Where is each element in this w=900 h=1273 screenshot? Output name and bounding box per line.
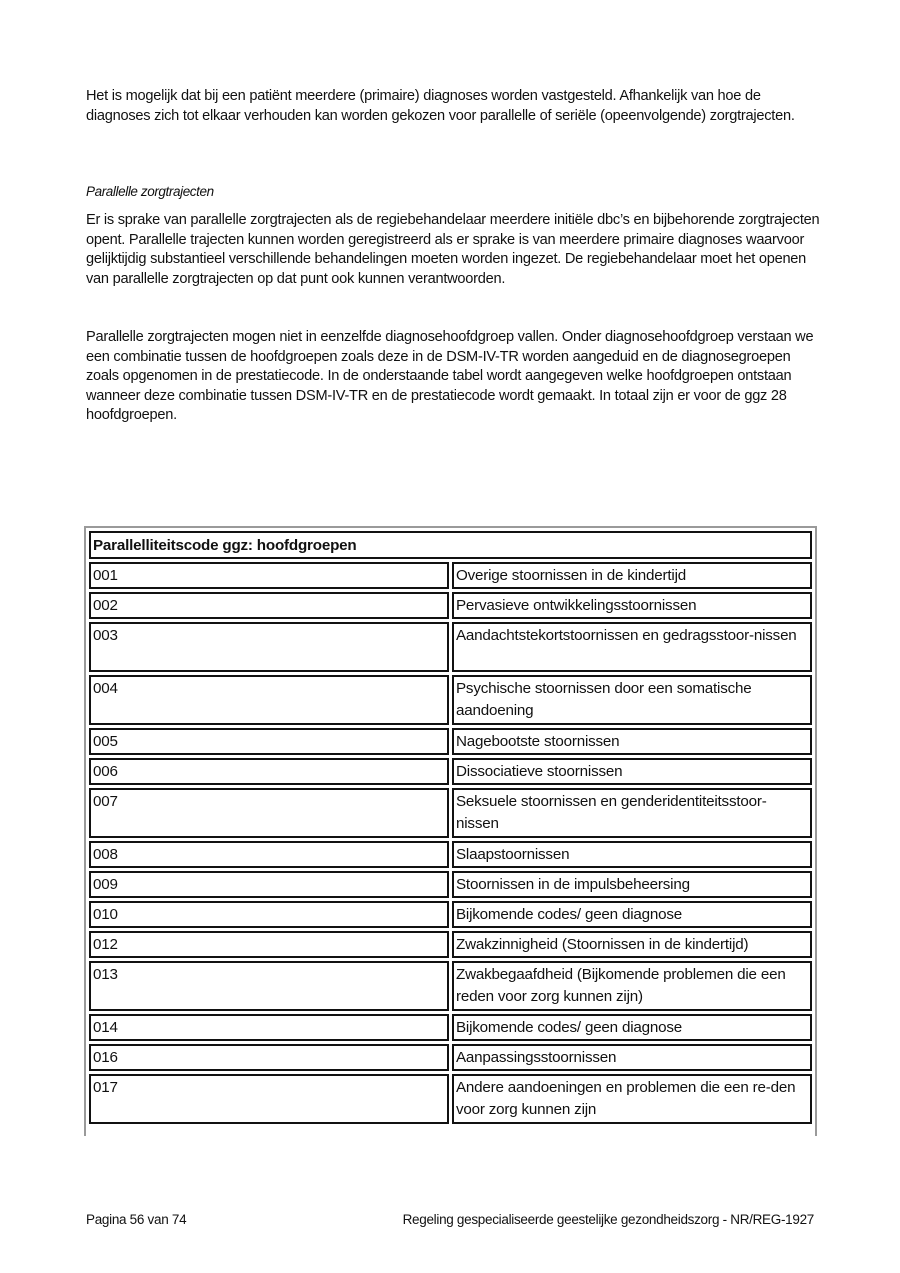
row-description: Slaapstoornissen (452, 841, 812, 868)
row-description: Zwakzinnigheid (Stoornissen in de kinder… (452, 931, 812, 958)
row-code: 013 (89, 961, 449, 1011)
row-description: Aanpassingsstoornissen (452, 1044, 812, 1071)
table-row: 001 Overige stoornissen in de kindertijd (89, 562, 812, 589)
page-number: Pagina 56 van 74 (86, 1212, 186, 1227)
row-code: 005 (89, 728, 449, 755)
row-description: Pervasieve ontwikkelingsstoornissen (452, 592, 812, 619)
row-description: Seksuele stoornissen en genderidentiteit… (452, 788, 812, 838)
table-row: 017 Andere aandoeningen en problemen die… (89, 1074, 812, 1124)
row-code: 017 (89, 1074, 449, 1124)
row-code: 003 (89, 622, 449, 672)
row-description: Psychische stoornissen door een somatisc… (452, 675, 812, 725)
table-row: 012 Zwakzinnigheid (Stoornissen in de ki… (89, 931, 812, 958)
row-code: 008 (89, 841, 449, 868)
intro-paragraph: Het is mogelijk dat bij een patiënt meer… (86, 87, 826, 126)
row-code: 009 (89, 871, 449, 898)
hoofdgroepen-table: Parallelliteitscode ggz: hoofdgroepen 00… (86, 528, 815, 1127)
row-description: Nagebootste stoornissen (452, 728, 812, 755)
table-row: 005 Nagebootste stoornissen (89, 728, 812, 755)
table-title: Parallelliteitscode ggz: hoofdgroepen (89, 531, 812, 559)
row-description: Andere aandoeningen en problemen die een… (452, 1074, 812, 1124)
table-row: 009 Stoornissen in de impulsbeheersing (89, 871, 812, 898)
row-code: 016 (89, 1044, 449, 1071)
hoofdgroepen-table-frame: Parallelliteitscode ggz: hoofdgroepen 00… (84, 526, 817, 1136)
row-description: Zwakbegaafdheid (Bijkomende problemen di… (452, 961, 812, 1011)
document-title: Regeling gespecialiseerde geestelijke ge… (403, 1212, 814, 1227)
table-row: 013 Zwakbegaafdheid (Bijkomende probleme… (89, 961, 812, 1011)
table-row: 016 Aanpassingsstoornissen (89, 1044, 812, 1071)
row-code: 004 (89, 675, 449, 725)
table-row: 006 Dissociatieve stoornissen (89, 758, 812, 785)
row-code: 012 (89, 931, 449, 958)
row-description: Overige stoornissen in de kindertijd (452, 562, 812, 589)
row-code: 006 (89, 758, 449, 785)
section-heading: Parallelle zorgtrajecten (86, 184, 214, 199)
table-row: 004 Psychische stoornissen door een soma… (89, 675, 812, 725)
row-description: Bijkomende codes/ geen diagnose (452, 901, 812, 928)
table-row: 002 Pervasieve ontwikkelingsstoornissen (89, 592, 812, 619)
row-code: 001 (89, 562, 449, 589)
row-description: Dissociatieve stoornissen (452, 758, 812, 785)
row-code: 007 (89, 788, 449, 838)
table-row: 003 Aandachtstekortstoornissen en gedrag… (89, 622, 812, 672)
section-paragraph-2: Parallelle zorgtrajecten mogen niet in e… (86, 328, 826, 426)
row-description: Aandachtstekortstoornissen en gedragssto… (452, 622, 812, 672)
row-code: 010 (89, 901, 449, 928)
table-row: 010 Bijkomende codes/ geen diagnose (89, 901, 812, 928)
table-row: 014 Bijkomende codes/ geen diagnose (89, 1014, 812, 1041)
section-paragraph-1: Er is sprake van parallelle zorgtrajecte… (86, 211, 826, 289)
table-row: 008 Slaapstoornissen (89, 841, 812, 868)
row-description: Stoornissen in de impulsbeheersing (452, 871, 812, 898)
row-code: 014 (89, 1014, 449, 1041)
row-code: 002 (89, 592, 449, 619)
table-row: 007 Seksuele stoornissen en genderidenti… (89, 788, 812, 838)
row-description: Bijkomende codes/ geen diagnose (452, 1014, 812, 1041)
